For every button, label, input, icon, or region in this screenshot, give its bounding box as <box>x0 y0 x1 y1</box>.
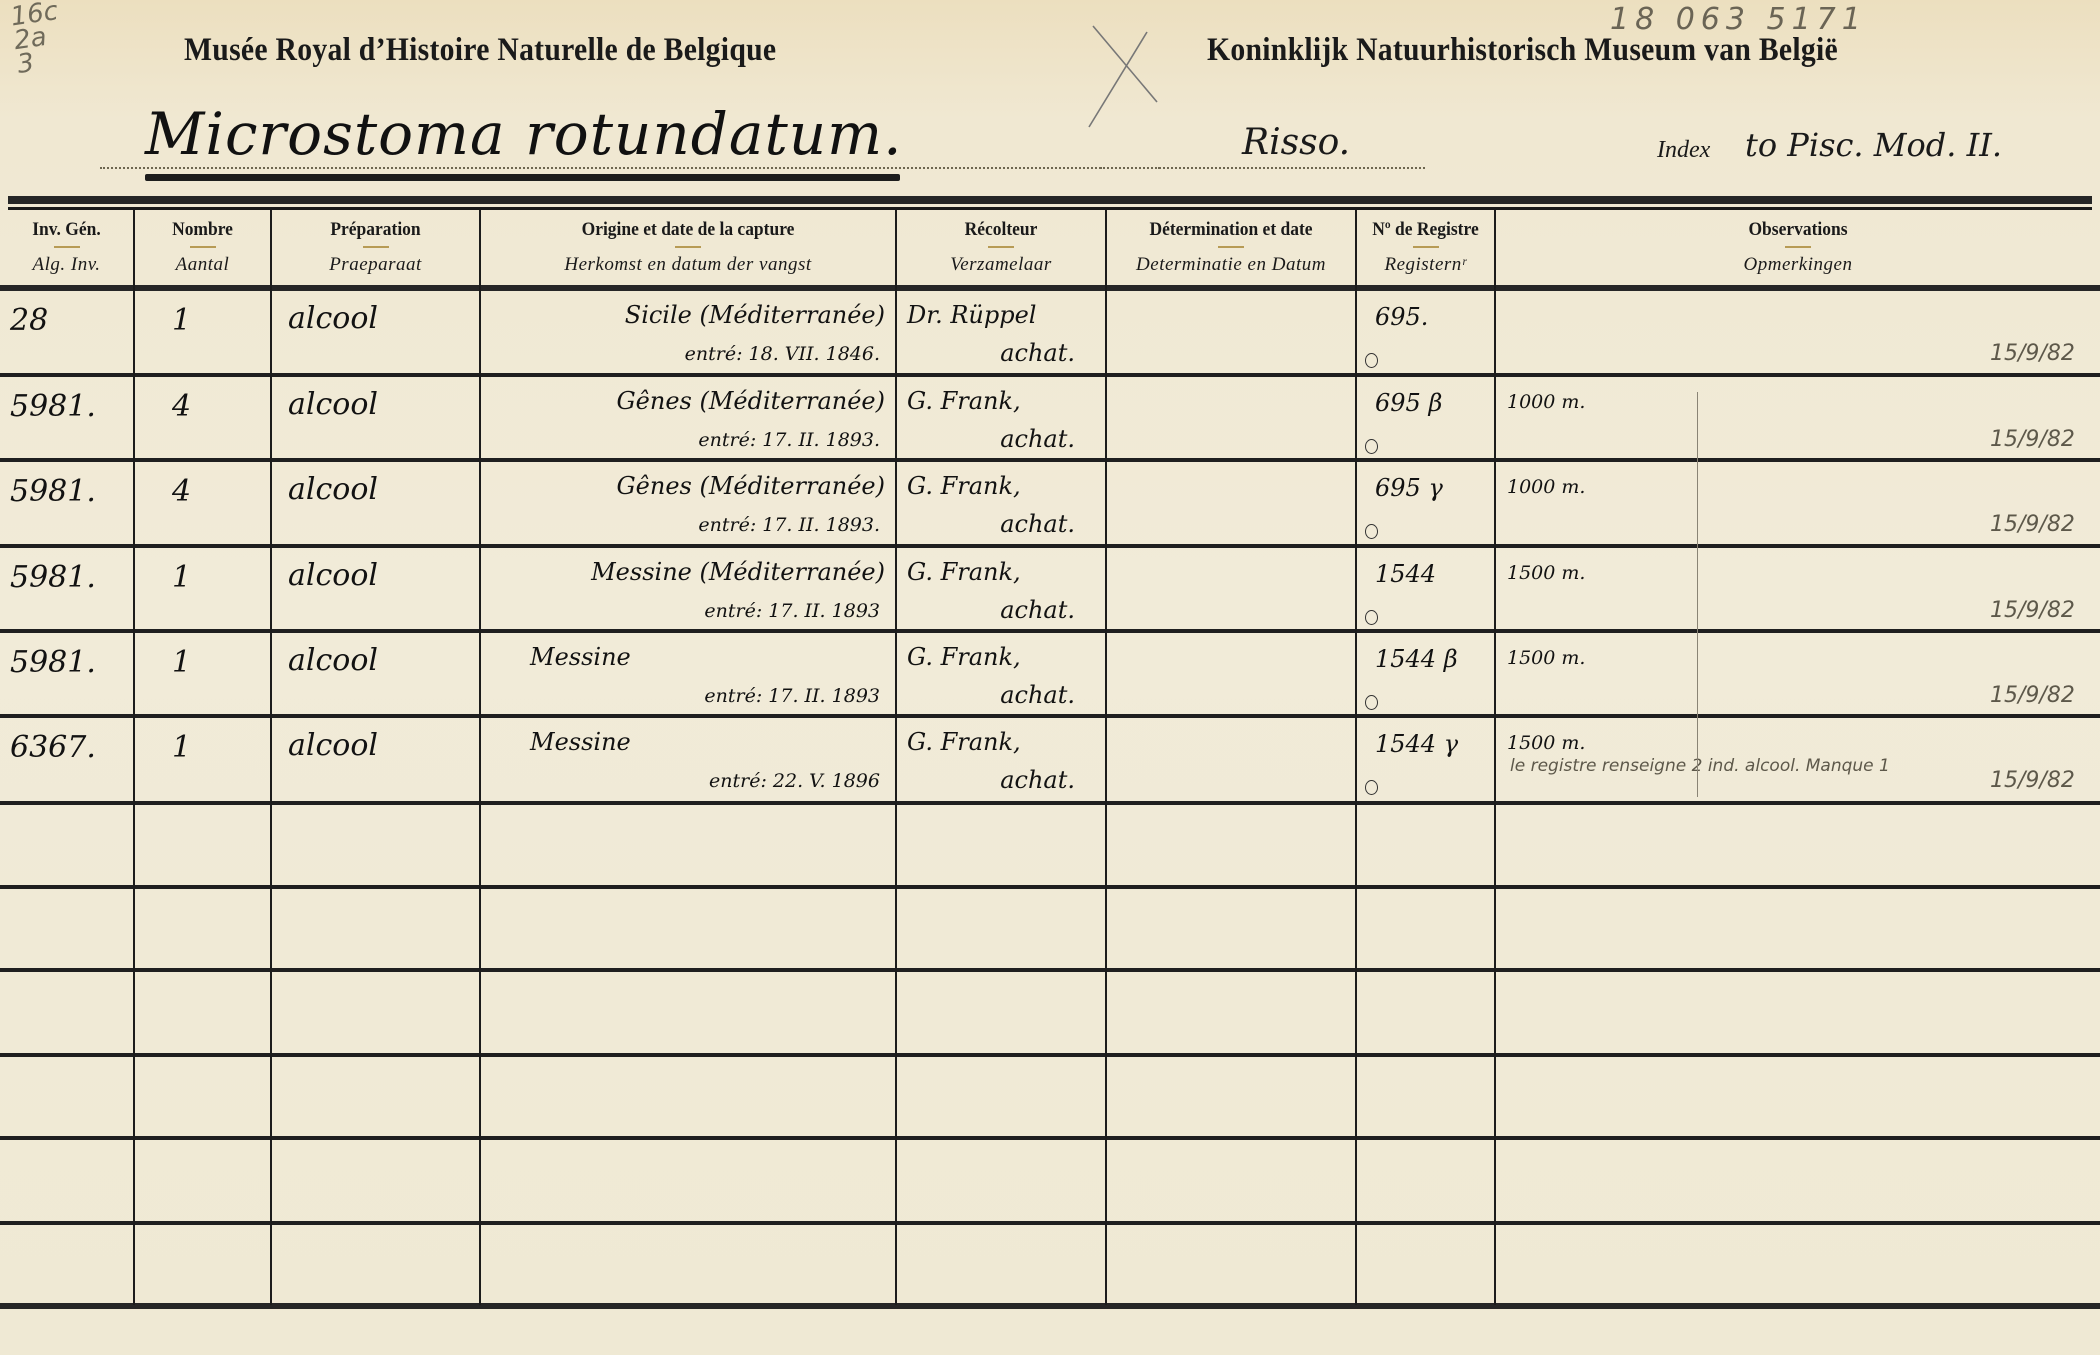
column-header-inv: Inv. Gén.Alg. Inv. <box>0 218 133 277</box>
header-bottom-rule <box>0 285 2100 291</box>
cell-register-number: 1544 β <box>1375 645 1458 673</box>
cell-origin: Messine (Méditerranée) <box>530 558 885 586</box>
row-divider <box>0 968 2100 972</box>
index-label: Index <box>1657 137 1710 164</box>
column-header-collector: RécolteurVerzamelaar <box>897 218 1105 277</box>
cell-preparation: alcool <box>288 301 378 336</box>
header-fr: Récolteur <box>905 218 1096 242</box>
species-underline <box>145 174 900 181</box>
cell-pencil-note: le registre renseigne 2 ind. alcool. Man… <box>1510 756 1890 776</box>
header-nl: Praeparaat <box>272 253 479 277</box>
cell-origin: Gênes (Méditerranée) <box>530 472 885 500</box>
header-nl: Registernʳ <box>1357 253 1494 277</box>
cell-count: 1 <box>172 560 191 595</box>
column-header-observations: ObservationsOpmerkingen <box>1496 218 2100 277</box>
species-author: Risso. <box>1242 122 1350 163</box>
header-fr: Détermination et date <box>1117 218 1345 242</box>
table-top-rule-thin <box>8 207 2092 210</box>
header-nl: Opmerkingen <box>1496 253 2100 277</box>
circle-check-icon <box>1365 524 1378 539</box>
row-divider <box>0 458 2100 462</box>
cell-check-date: 15/9/82 <box>1990 683 2075 708</box>
header-fr: Nº de Registre <box>1362 218 1488 242</box>
pencil-cross-mark-icon <box>1085 22 1165 132</box>
cell-acquisition: achat. <box>955 339 1075 367</box>
cell-collector: G. Frank, <box>907 472 1021 500</box>
header-dash <box>1413 246 1439 248</box>
row-divider <box>0 801 2100 805</box>
row-divider <box>0 885 2100 889</box>
header-dash <box>54 246 80 248</box>
row-divider <box>0 373 2100 377</box>
cell-register-number: 1544 <box>1375 560 1436 588</box>
museum-title-fr: Musée Royal d’Histoire Naturelle de Belg… <box>184 32 776 69</box>
circle-check-icon <box>1365 695 1378 710</box>
author-dotted-line <box>1100 167 1425 169</box>
column-header-preparation: PréparationPraeparaat <box>272 218 479 277</box>
circle-check-icon <box>1365 439 1378 454</box>
cell-inventory-number: 5981. <box>10 560 96 595</box>
column-divider <box>1105 210 1107 1305</box>
cell-check-date: 15/9/82 <box>1990 768 2075 793</box>
cell-capture-date: entré: 18. VII. 1846. <box>600 343 880 365</box>
cell-check-date: 15/9/82 <box>1990 341 2075 366</box>
column-divider <box>1355 210 1357 1305</box>
row-divider <box>0 544 2100 548</box>
cell-capture-date: entré: 17. II. 1893. <box>600 514 880 536</box>
cell-origin: Sicile (Méditerranée) <box>530 301 885 329</box>
header-fr: Observations <box>1520 218 2076 242</box>
header-nl: Verzamelaar <box>897 253 1105 277</box>
header-dash <box>675 246 701 248</box>
column-divider <box>479 210 481 1305</box>
cell-check-date: 15/9/82 <box>1990 512 2075 537</box>
cell-observation: 1000 m. <box>1507 391 1585 413</box>
column-divider <box>270 210 272 1305</box>
cell-count: 1 <box>172 645 191 680</box>
cell-check-date: 15/9/82 <box>1990 427 2075 452</box>
circle-check-icon <box>1365 353 1378 368</box>
header-fr: Origine et date de la capture <box>498 218 879 242</box>
header-dash <box>988 246 1014 248</box>
margin-pencil-note: 16c 2a 3 <box>9 0 66 77</box>
cell-observation: 1500 m. <box>1507 562 1585 584</box>
cell-capture-date: entré: 17. II. 1893 <box>600 685 880 707</box>
header-dash <box>1785 246 1811 248</box>
cell-origin: Gênes (Méditerranée) <box>530 387 885 415</box>
column-divider <box>1494 210 1496 1305</box>
cell-count: 4 <box>172 474 191 509</box>
cell-origin: Messine <box>530 643 885 671</box>
header-dash <box>190 246 216 248</box>
catalog-number: 18 063 5171 <box>1610 2 1867 37</box>
cell-collector: G. Frank, <box>907 558 1021 586</box>
circle-check-icon <box>1365 780 1378 795</box>
pencil-bracket-line <box>1697 392 1698 797</box>
cell-register-number: 1544 γ <box>1375 730 1458 758</box>
header-nl: Herkomst en datum der vangst <box>481 253 895 277</box>
cell-collector: Dr. Rüppel <box>907 301 1036 329</box>
row-divider <box>0 1221 2100 1225</box>
header-dash <box>363 246 389 248</box>
cell-capture-date: entré: 17. II. 1893 <box>600 600 880 622</box>
header-nl: Alg. Inv. <box>0 253 133 277</box>
row-divider <box>0 1053 2100 1057</box>
cell-collector: G. Frank, <box>907 728 1021 756</box>
cell-check-date: 15/9/82 <box>1990 598 2075 623</box>
cell-acquisition: achat. <box>955 596 1075 624</box>
cell-collector: G. Frank, <box>907 387 1021 415</box>
cell-observation: 1500 m. <box>1507 647 1585 669</box>
cell-preparation: alcool <box>288 728 378 763</box>
cell-capture-date: entré: 22. V. 1896 <box>600 770 880 792</box>
cell-capture-date: entré: 17. II. 1893. <box>600 429 880 451</box>
header-dash <box>1218 246 1244 248</box>
cell-preparation: alcool <box>288 472 378 507</box>
cell-acquisition: achat. <box>955 681 1075 709</box>
header-fr: Nombre <box>140 218 264 242</box>
cell-register-number: 695 γ <box>1375 474 1443 502</box>
header-nl: Determinatie en Datum <box>1107 253 1355 277</box>
cell-observation: 1000 m. <box>1507 476 1585 498</box>
cell-inventory-number: 5981. <box>10 645 96 680</box>
column-divider <box>895 210 897 1305</box>
cell-origin: Messine <box>530 728 885 756</box>
cell-register-number: 695. <box>1375 303 1428 331</box>
index-value: to Pisc. Mod. II. <box>1745 126 2002 164</box>
cell-inventory-number: 5981. <box>10 474 96 509</box>
column-header-determination: Détermination et dateDeterminatie en Dat… <box>1107 218 1355 277</box>
cell-acquisition: achat. <box>955 425 1075 453</box>
table-top-rule <box>8 196 2092 204</box>
column-header-count: NombreAantal <box>135 218 270 277</box>
cell-count: 1 <box>172 303 191 338</box>
cell-inventory-number: 5981. <box>10 389 96 424</box>
table-bottom-rule <box>0 1303 2100 1309</box>
cell-inventory-number: 6367. <box>10 730 96 765</box>
cell-preparation: alcool <box>288 387 378 422</box>
species-name: Microstoma rotundatum. <box>145 100 903 168</box>
column-divider <box>133 210 135 1305</box>
cell-acquisition: achat. <box>955 766 1075 794</box>
row-divider <box>0 714 2100 718</box>
column-header-register: Nº de RegistreRegisternʳ <box>1357 218 1494 277</box>
header-nl: Aantal <box>135 253 270 277</box>
cell-count: 4 <box>172 389 191 424</box>
column-header-origin: Origine et date de la captureHerkomst en… <box>481 218 895 277</box>
cell-count: 1 <box>172 730 191 765</box>
cell-preparation: alcool <box>288 558 378 593</box>
header-fr: Préparation <box>280 218 470 242</box>
row-divider <box>0 1136 2100 1140</box>
circle-check-icon <box>1365 610 1378 625</box>
cell-acquisition: achat. <box>955 510 1075 538</box>
cell-register-number: 695 β <box>1375 389 1442 417</box>
cell-observation: 1500 m. <box>1507 732 1585 754</box>
row-divider <box>0 629 2100 633</box>
header-fr: Inv. Gén. <box>5 218 127 242</box>
cell-inventory-number: 28 <box>10 303 48 338</box>
museum-title-nl: Koninklijk Natuurhistorisch Museum van B… <box>1207 32 1838 69</box>
cell-collector: G. Frank, <box>907 643 1021 671</box>
cell-preparation: alcool <box>288 643 378 678</box>
